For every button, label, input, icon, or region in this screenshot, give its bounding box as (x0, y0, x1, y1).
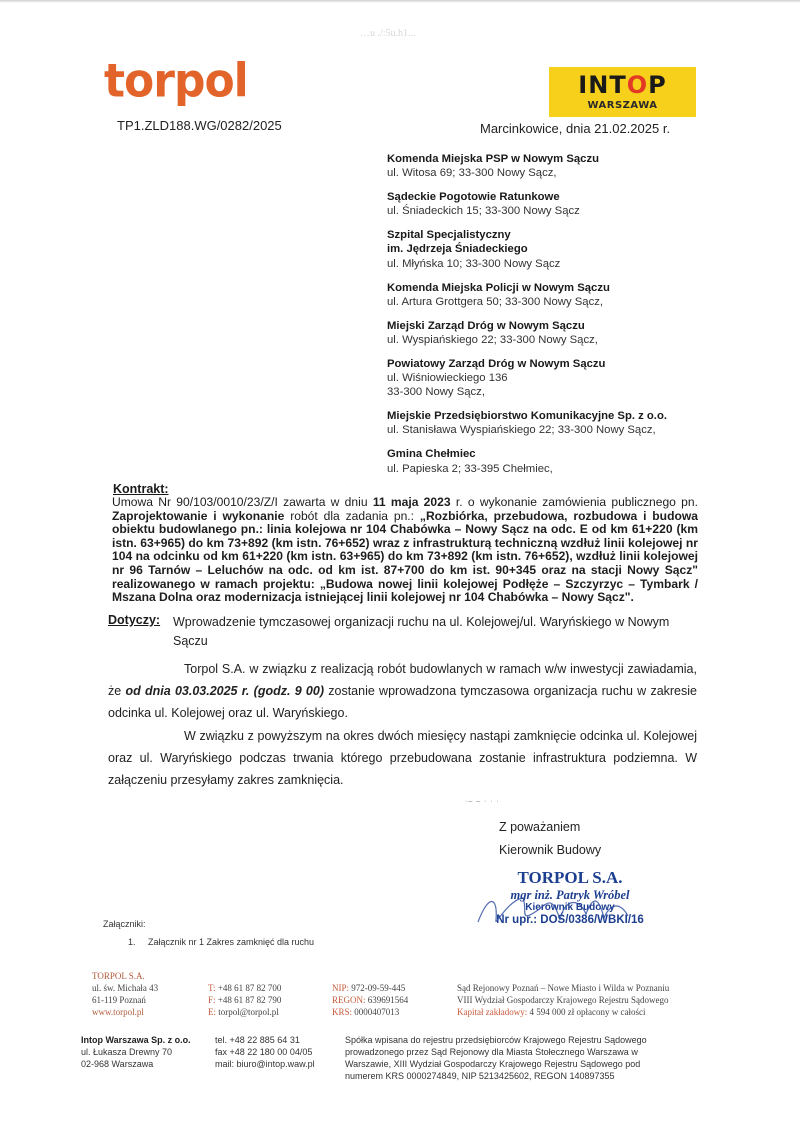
body-paragraph-2: W związku z powyższym na okres dwóch mie… (108, 725, 697, 791)
small-mark: ·– – · · · (465, 798, 500, 805)
recipients-list: Komenda Miejska PSP w Nowym Sączuul. Wit… (387, 152, 707, 485)
closing-role: Kierownik Budowy (499, 839, 601, 862)
contract-label: Kontrakt: (113, 482, 169, 496)
recipient-address: ul. Wiśniowieckiego 136 (387, 371, 707, 385)
torpol-logo: torpol (104, 59, 248, 105)
recipient-entry: Komenda Miejska Policji w Nowym Sączuul.… (387, 281, 707, 310)
footer-intop-address: Intop Warszawa Sp. z o.o. ul. Łukasza Dr… (81, 1034, 191, 1070)
footer-intop-registry: Spółka wpisana do rejestru przedsiębiorc… (345, 1034, 715, 1082)
footer-torpol-contact: T: +48 61 87 82 700 F: +48 61 87 82 790 … (208, 982, 281, 1018)
torpol-email-link[interactable]: torpol@torpol.pl (218, 1007, 279, 1017)
recipient-entry: Szpital Specjalistycznyim. Jędrzeja Śnia… (387, 228, 707, 271)
subject-label: Dotyczy: (108, 613, 160, 627)
recipient-address: ul. Śniadeckich 15; 33-300 Nowy Sącz (387, 204, 707, 218)
contract-description: Umowa Nr 90/103/0010/23/Z/I zawarta w dn… (112, 496, 698, 605)
intop-logo-name: INTOP (549, 71, 696, 99)
intop-logo-o-icon: O (627, 71, 648, 99)
recipient-address: ul. Młyńska 10; 33-300 Nowy Sącz (387, 257, 707, 271)
recipient-address: ul. Artura Grottgera 50; 33-300 Nowy Sąc… (387, 295, 707, 309)
attachment-item[interactable]: 1.Załącznik nr 1 Zakres zamknięć dla ruc… (128, 937, 314, 947)
stamp-company: TORPOL S.A. (460, 868, 680, 888)
closing-regards: Z poważaniem (499, 816, 601, 839)
recipient-address: 33-300 Nowy Sącz, (387, 385, 707, 399)
recipient-name: im. Jędrzeja Śniadeckiego (387, 242, 707, 256)
recipient-name: Powiatowy Zarząd Dróg w Nowym Sączu (387, 357, 707, 371)
recipient-name: Sądeckie Pogotowie Ratunkowe (387, 190, 707, 204)
scan-edge (0, 0, 800, 3)
place-date: Marcinkowice, dnia 21.02.2025 r. (480, 121, 670, 136)
recipient-name: Gmina Chełmiec (387, 447, 707, 461)
recipient-name: Miejski Zarząd Dróg w Nowym Sączu (387, 319, 707, 333)
recipient-name: Komenda Miejska Policji w Nowym Sączu (387, 281, 707, 295)
recipient-entry: Miejski Zarząd Dróg w Nowym Sączuul. Wys… (387, 319, 707, 348)
subject-text: Wprowadzenie tymczasowej organizacji ruc… (173, 613, 693, 651)
intop-logo: INTOP WARSZAWA (549, 67, 696, 117)
recipient-address: ul. Papieska 2; 33-395 Chełmiec, (387, 462, 707, 476)
faint-scan-mark: …u ./:5u.h1... (360, 28, 416, 39)
recipient-entry: Sądeckie Pogotowie Ratunkoweul. Śniadeck… (387, 190, 707, 219)
effective-date: od dnia 03.03.2025 r. (godz. 9 00) (125, 684, 324, 698)
closing: Z poważaniem Kierownik Budowy (499, 816, 601, 862)
recipient-entry: Miejskie Przedsiębiorstwo Komunikacyjne … (387, 409, 707, 438)
intop-logo-city: WARSZAWA (549, 100, 696, 111)
recipient-entry: Gmina Chełmiecul. Papieska 2; 33-395 Che… (387, 447, 707, 476)
signature-icon (468, 890, 658, 930)
recipient-name: Komenda Miejska PSP w Nowym Sączu (387, 152, 707, 166)
body-paragraph-1: Torpol S.A. w związku z realizacją robót… (108, 658, 697, 724)
recipient-entry: Powiatowy Zarząd Dróg w Nowym Sączuul. W… (387, 357, 707, 400)
recipient-name: Szpital Specjalistyczny (387, 228, 707, 242)
torpol-website-link[interactable]: www.torpol.pl (92, 1006, 158, 1018)
recipient-name: Miejskie Przedsiębiorstwo Komunikacyjne … (387, 409, 707, 423)
footer-torpol-ids: NIP: 972-09-59-445 REGON: 639691564 KRS:… (332, 982, 408, 1018)
recipient-address: ul. Witosa 69; 33-300 Nowy Sącz, (387, 166, 707, 180)
attachments-label: Załączniki: (103, 919, 146, 929)
footer-torpol-registry: Sąd Rejonowy Poznań – Nowe Miasto i Wild… (457, 982, 669, 1018)
footer-intop-contact: tel. +48 22 885 64 31 fax +48 22 180 00 … (215, 1034, 315, 1070)
recipient-address: ul. Stanisława Wyspiańskiego 22; 33-300 … (387, 423, 707, 437)
recipient-entry: Komenda Miejska PSP w Nowym Sączuul. Wit… (387, 152, 707, 181)
recipient-address: ul. Wyspiańskiego 22; 33-300 Nowy Sącz, (387, 333, 707, 347)
reference-number: TP1.ZLD188.WG/0282/2025 (117, 118, 282, 133)
footer-torpol-address: TORPOL S.A. ul. św. Michała 43 61-119 Po… (92, 970, 158, 1018)
intop-email-link[interactable]: mail: biuro@intop.waw.pl (215, 1058, 315, 1070)
